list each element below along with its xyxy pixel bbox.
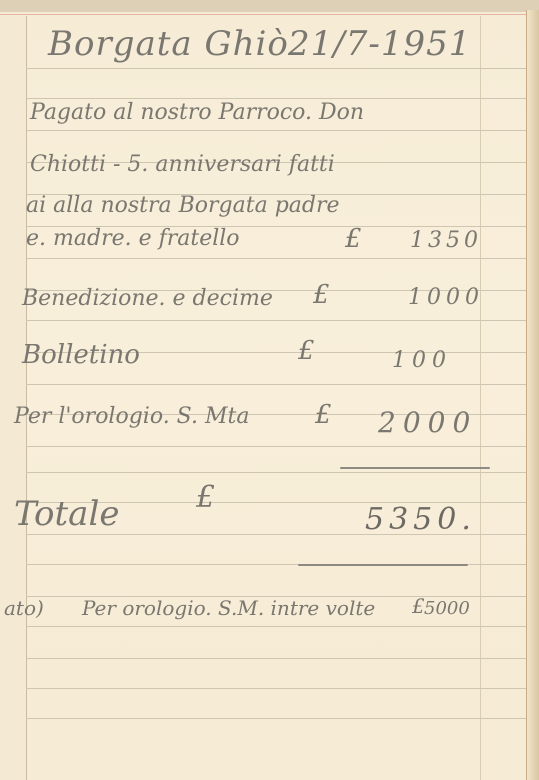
notebook-page: Borgata Ghiò 21/7-1951 Pagato al nostro … [0,0,539,780]
amount-1350: 1350 [410,228,482,253]
amount-1000: 1000 [408,285,484,310]
amount-2000: 2000 [378,406,477,439]
lira-sign: £ [298,336,315,366]
lira-sign: £ [313,280,330,310]
ruled-line [26,258,526,259]
header-date: 21/7-1951 [288,24,471,64]
ruled-line [26,626,526,627]
entry-line-2: Chiotti - 5. anniversari fatti [30,152,335,177]
entry-line-7: Per l'orologio. S. Mta [14,404,249,429]
ruled-line [26,98,526,99]
ruled-line [26,658,526,659]
total-label: Totale [14,494,119,534]
entry-line-5: Benedizione. e decime [22,286,273,311]
total-rule [298,564,468,566]
lira-sign: £ [412,594,425,618]
red-header-line [0,14,530,15]
ruled-line [26,472,526,473]
entry-line-4: e. madre. e fratello [26,226,240,251]
note-amount: 5000 [424,598,470,619]
ruled-line [26,718,526,719]
total-amount: 5350. [365,502,476,537]
lira-sign: £ [315,400,332,430]
amount-100: 100 [392,348,452,373]
entry-line-6: Bolletino [22,340,140,370]
lira-sign: £ [196,480,215,515]
page-top-edge [0,0,539,12]
ruled-line [26,130,526,131]
lira-sign: £ [345,224,362,254]
sum-rule [340,467,490,469]
note-prefix: ato) [4,596,44,620]
header-place: Borgata Ghiò [48,24,289,64]
note-text: Per orologio. S.M. intre volte [82,596,375,620]
page-right-edge [526,10,539,780]
ruled-line [26,688,526,689]
torn-left-strip [0,16,27,780]
ruled-line [26,384,526,385]
ruled-line [26,68,526,69]
entry-line-1: Pagato al nostro Parroco. Don [30,100,364,125]
ruled-line [26,320,526,321]
entry-line-3: ai alla nostra Borgata padre [26,193,340,218]
ruled-line [26,446,526,447]
